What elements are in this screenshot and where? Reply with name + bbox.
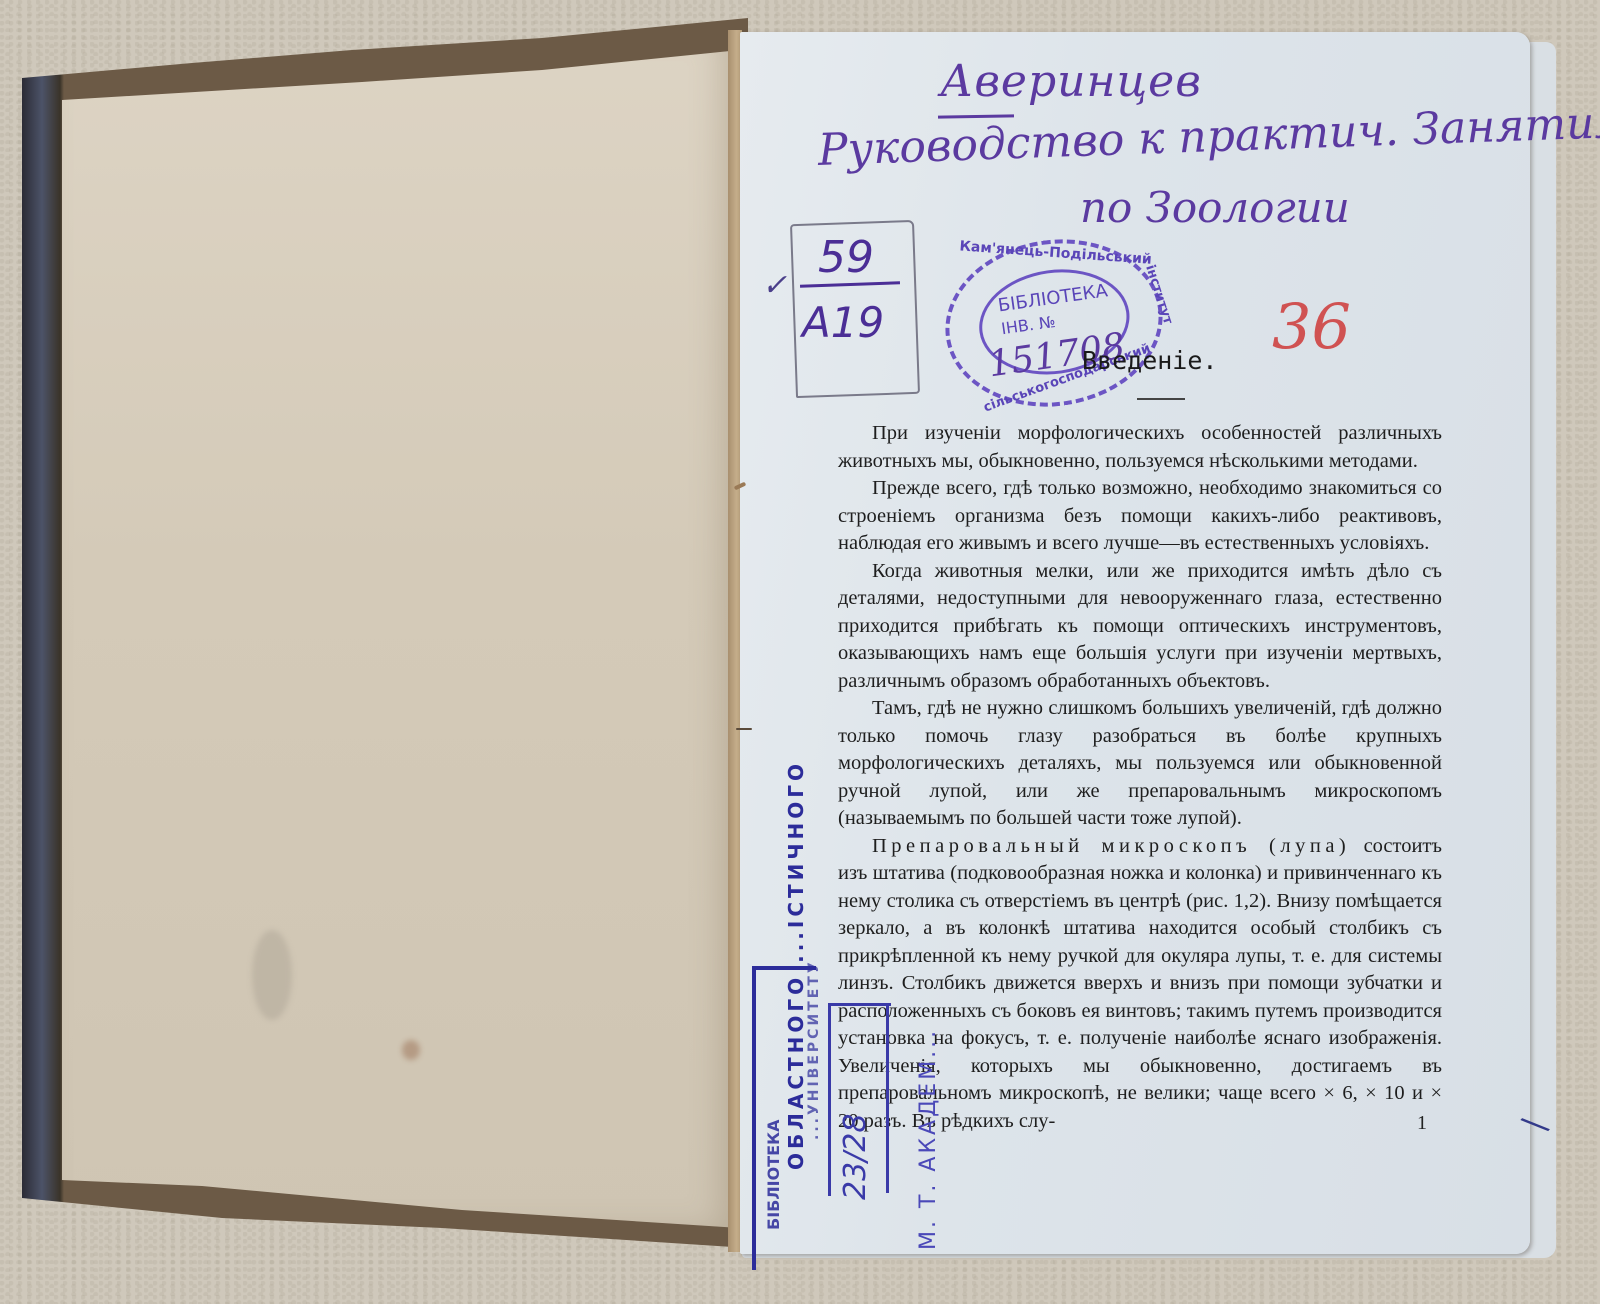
chapter-rule xyxy=(1137,398,1185,400)
binding-thread xyxy=(736,728,752,730)
paragraph-3: Когда животныя мелки, или же приходится … xyxy=(838,558,1442,696)
stamp-vertical-line3: ...УНІВЕРСИТЕТУ xyxy=(806,959,822,1140)
red-pencil-number: 36 xyxy=(1272,290,1351,363)
stamp-date: 23/28 xyxy=(838,1114,873,1200)
paragraph-5-lead: Препаровальный микроскопъ (лупа) xyxy=(872,835,1350,857)
page-number: 1 xyxy=(1417,1112,1427,1135)
stamp-vertical-line1: БІБЛІОТЕКА xyxy=(764,1120,783,1231)
stamp-vertical-line2: ОБЛАСТНОГО ...ІСТИЧНОГО xyxy=(784,760,808,1170)
paragraph-2: Прежде всего, гдѣ только возможно, необх… xyxy=(838,475,1442,558)
paragraph-1: При изученіи морфологическихъ особенност… xyxy=(838,420,1442,475)
chapter-title: Введеніе. xyxy=(1082,346,1217,375)
stamp-mark: М. Т. АКАДЕМ... xyxy=(916,1028,941,1250)
call-number-top: 59 xyxy=(818,232,874,283)
call-number-bottom: А19 xyxy=(802,298,884,347)
handwritten-author: Аверинцев xyxy=(940,56,1202,107)
left-endpaper xyxy=(62,30,740,1230)
check-mark: ✓ xyxy=(762,268,787,303)
stain xyxy=(252,930,292,1020)
stain xyxy=(402,1040,420,1060)
paragraph-4: Тамъ, гдѣ не нужно слишкомъ большихъ уве… xyxy=(838,695,1442,833)
date-stamp-divider xyxy=(886,1003,889,1193)
handwritten-title-line2: по Зоологии xyxy=(1080,183,1350,232)
